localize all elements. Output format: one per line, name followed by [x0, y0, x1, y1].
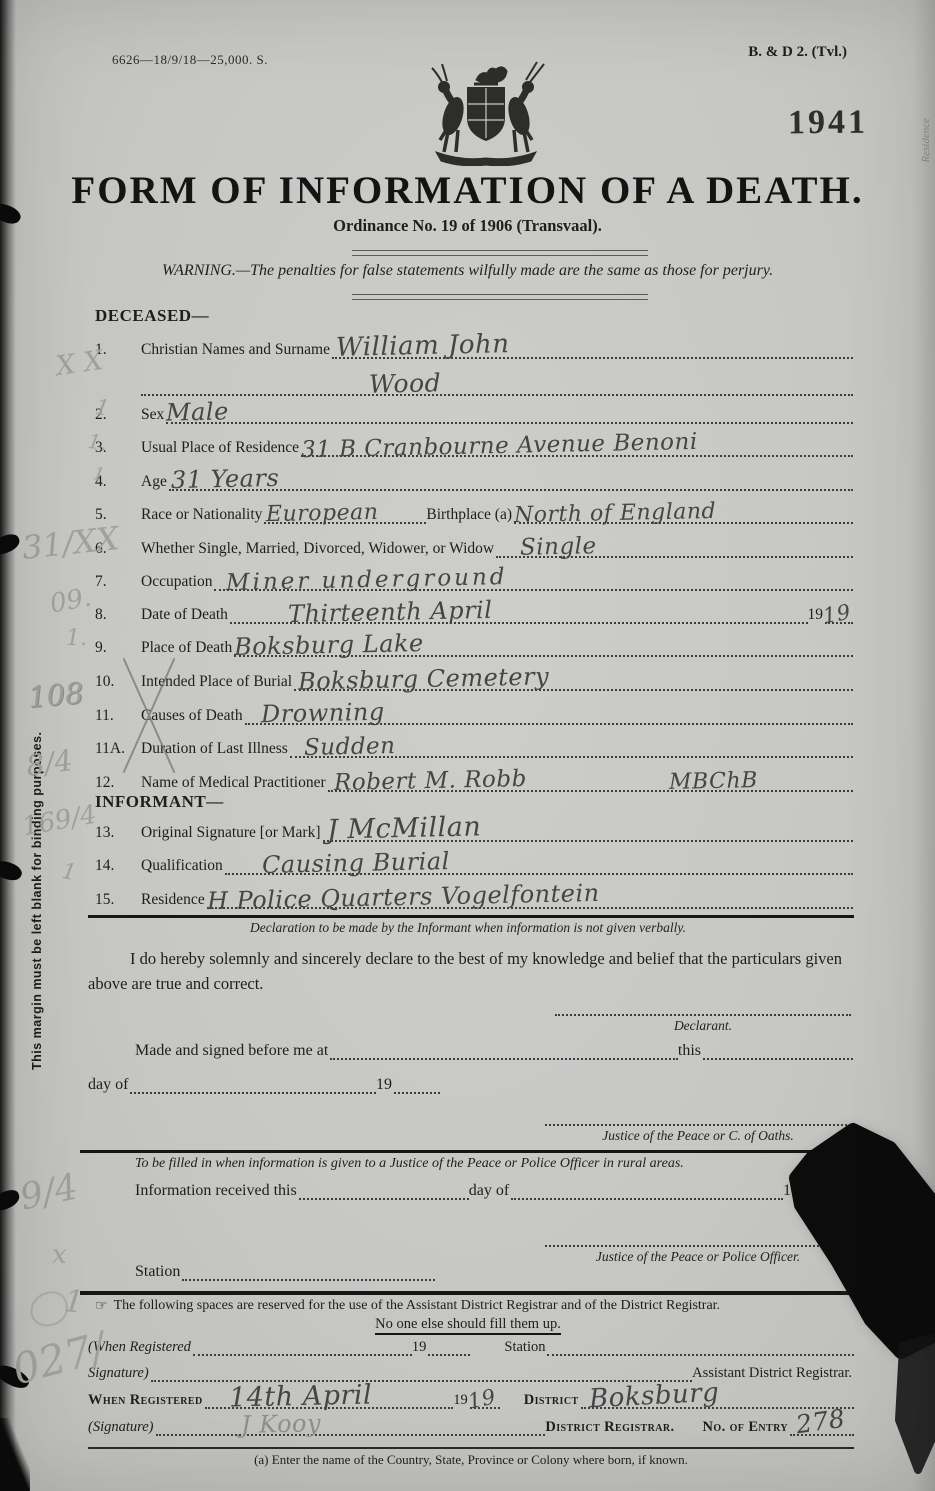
form-row-marital-status: 6. Whether Single, Married, Divorced, Wi…: [95, 532, 853, 558]
dotted-station-line[interactable]: [182, 1253, 435, 1281]
handwritten-practitioner: Robert M. Robb: [333, 766, 526, 796]
pencil-note: 108: [27, 676, 85, 715]
row-label: Name of Medical Practitioner: [141, 774, 328, 792]
row-number: 8.: [95, 606, 141, 624]
row-label: Sex: [141, 406, 166, 424]
section-rule: [88, 915, 854, 918]
dotted-year-line[interactable]: [801, 1172, 835, 1200]
jp-oaths-label: Justice of the Peace or C. of Oaths.: [545, 1128, 851, 1144]
pointing-hand-icon: ☞: [95, 1298, 108, 1314]
pencil-note: 8/4: [24, 743, 75, 783]
jp-officer-signature-line: [545, 1221, 851, 1247]
declaration-note: Declaration to be made by the Informant …: [88, 920, 848, 936]
jp-signature-line: [545, 1100, 851, 1126]
handwritten-birthplace: North of England: [514, 499, 717, 528]
form-row-residence: 3. Usual Place of Residence 31 B Cranbou…: [95, 431, 853, 457]
row-label-birthplace: Birthplace (a): [426, 506, 514, 524]
pencil-note: 1.: [66, 626, 87, 651]
footnote-a: (a) Enter the name of the Country, State…: [88, 1452, 854, 1468]
dotted-entry-line[interactable]: Drowning: [245, 697, 853, 725]
form-row-surname-continued: Wood: [95, 370, 853, 396]
made-signed-label: Made and signed before me at: [135, 1042, 330, 1060]
pencil-note: 9/4: [16, 1166, 81, 1218]
jp-officer-label: Justice of the Peace or Police Officer.: [545, 1249, 851, 1265]
registration-number-stamp: 1941: [788, 104, 868, 143]
dotted-place-line[interactable]: [330, 1032, 678, 1060]
reserved-note-text: The following spaces are reserved for th…: [114, 1298, 721, 1314]
row-label: Qualification: [141, 857, 225, 875]
row-label: Occupation: [141, 573, 214, 591]
rural-note: To be filled in when information is give…: [135, 1156, 684, 1172]
declarant-signature-line: [555, 990, 851, 1016]
dotted-entry-line[interactable]: 31 B Cranbourne Avenue Benoni: [301, 429, 853, 457]
row-label: Original Signature [or Mark]: [141, 824, 323, 842]
pencil-note: 31/XX: [20, 519, 121, 567]
row-label: Whether Single, Married, Divorced, Widow…: [141, 540, 496, 558]
handwritten-place-of-burial: Boksburg Cemetery: [298, 662, 550, 695]
death-form-document: Residence 6626—18/9/18—25,000. S. B. & D…: [0, 0, 935, 1491]
dotted-entry-line[interactable]: Sudden: [290, 730, 853, 758]
form-row-place-of-death: 9. Place of Death Boksburg Lake: [95, 631, 853, 657]
row-number: 14.: [95, 857, 141, 875]
section-rule: [80, 1150, 855, 1153]
form-title: FORM OF INFORMATION OF A DEATH.: [0, 168, 935, 213]
handwritten-entry-number: 278: [794, 1404, 847, 1440]
row-number: 12.: [95, 774, 141, 792]
dotted-entry-line[interactable]: William John: [332, 331, 853, 359]
form-row-nationality: 5. Race or Nationality European Birthpla…: [95, 498, 853, 524]
dotted-entry-line[interactable]: H Police Quarters Vogelfontein: [207, 881, 853, 909]
handwritten-district: Boksburg: [588, 1378, 720, 1415]
dotted-entry-line[interactable]: J McMillan: [323, 814, 854, 842]
row-number: 15.: [95, 891, 141, 909]
handwritten-surname: Wood: [369, 368, 442, 399]
when-registered-blank-line: (When Registered 19 Station: [88, 1330, 854, 1356]
form-row-signature-mark: 13. Original Signature [or Mark] J McMil…: [95, 816, 853, 842]
page-corner-shadow: [0, 1418, 30, 1491]
dotted-entry-line[interactable]: Single: [496, 530, 853, 558]
row-number: 7.: [95, 573, 141, 591]
this-label: this: [678, 1042, 703, 1060]
section-rule: [80, 1291, 855, 1295]
handwritten-date-of-death: Thirteenth April: [287, 596, 492, 628]
binding-margin-text: This margin must be left blank for bindi…: [30, 660, 44, 1070]
pencil-cross-mark: [120, 658, 180, 773]
no-of-entry-label: No. of Entry: [703, 1419, 790, 1436]
district-label: District: [524, 1392, 581, 1409]
handwritten-registrar-signature: J Kooy: [241, 1409, 322, 1439]
coat-of-arms-icon: [420, 60, 552, 171]
pencil-note: 1.: [86, 429, 108, 455]
handwritten-duration: Sudden: [304, 733, 396, 761]
deceased-heading: DECEASED—: [95, 306, 209, 326]
dotted-entry-line[interactable]: Miner underground: [214, 563, 853, 591]
dotted-date-line[interactable]: 14th April: [205, 1381, 454, 1409]
dotted-signature-line[interactable]: J Kooy: [156, 1408, 546, 1436]
dotted-district-line[interactable]: Boksburg: [581, 1381, 854, 1409]
dotted-signature-line[interactable]: [555, 988, 851, 1016]
handwritten-sex: Male: [166, 397, 229, 426]
form-series-code: B. & D 2. (Tvl.): [748, 44, 847, 61]
station-line: Station: [135, 1255, 435, 1281]
row-label: Age: [141, 473, 169, 491]
dotted-station-line[interactable]: [547, 1328, 854, 1356]
year-prefix: 19: [376, 1076, 394, 1094]
form-row-sex: 2. Sex Male: [95, 398, 853, 424]
handwritten-christian-names: William John: [336, 329, 510, 363]
when-registered-filled-line: When Registered 14th April 19 19 Distric…: [88, 1383, 854, 1409]
dotted-signature-line[interactable]: [151, 1354, 692, 1382]
dotted-entry-line[interactable]: Robert M. Robb MBChB: [328, 764, 853, 792]
form-row-medical-practitioner: 12. Name of Medical Practitioner Robert …: [95, 766, 853, 792]
dotted-entry-line[interactable]: Wood: [141, 368, 853, 396]
signature-adr-line: Signature) Assistant District Registrar.: [88, 1356, 854, 1382]
dotted-entry-line[interactable]: North of England: [514, 496, 853, 524]
pencil-note: 09.: [48, 583, 94, 620]
informant-heading: INFORMANT—: [95, 792, 224, 812]
bleedthrough-text: Residence: [920, 118, 932, 163]
handwritten-year: 19: [821, 600, 852, 628]
dotted-line[interactable]: [193, 1328, 412, 1356]
dotted-year-line[interactable]: [394, 1066, 440, 1094]
dotted-entry-line[interactable]: Boksburg Lake: [234, 629, 853, 657]
footnote-rule: [88, 1447, 854, 1449]
dotted-year-line[interactable]: [428, 1328, 470, 1356]
dotted-signature-line[interactable]: [545, 1098, 851, 1126]
form-row-informant-residence: 15. Residence H Police Quarters Vogelfon…: [95, 883, 853, 909]
dotted-entry-line[interactable]: Boksburg Cemetery: [294, 663, 853, 691]
reserved-note-line: ☞ The following spaces are reserved for …: [95, 1298, 855, 1314]
dotted-month-line[interactable]: [511, 1172, 783, 1200]
form-row-age: 4. Age 31 Years: [95, 465, 853, 491]
dotted-signature-line[interactable]: [545, 1219, 851, 1247]
handwritten-residence: 31 B Cranbourne Avenue Benoni: [301, 429, 698, 463]
dotted-day-line[interactable]: [299, 1172, 469, 1200]
row-label: Residence: [141, 891, 207, 909]
handwritten-informant-residence: H Police Quarters Vogelfontein: [206, 879, 599, 915]
station-label: Station: [135, 1263, 182, 1281]
form-print-code: 6626—18/9/18—25,000. S.: [112, 52, 268, 68]
form-row-date-of-death: 8. Date of Death Thirteenth April 19 19: [95, 598, 853, 624]
handwritten-qualification-letters: MBChB: [669, 768, 758, 795]
when-registered-label: When Registered: [88, 1392, 205, 1409]
dotted-date-line[interactable]: [703, 1032, 853, 1060]
dotted-entry-line[interactable]: Thirteenth April: [230, 596, 808, 624]
row-label: Race or Nationality: [141, 506, 264, 524]
ordinance-subtitle: Ordinance No. 19 of 1906 (Transvaal).: [0, 216, 935, 236]
handwritten-informant-signature: J McMillan: [326, 811, 481, 845]
day-of-line: day of 19: [88, 1068, 440, 1094]
day-of-label: day of: [88, 1076, 130, 1094]
divider-rule: [352, 250, 648, 256]
form-row-christian-names: 1. Christian Names and Surname William J…: [95, 333, 853, 359]
dotted-entry-number-line[interactable]: 278: [790, 1408, 854, 1436]
pencil-note: 1: [60, 859, 78, 886]
dotted-year-line[interactable]: 19: [825, 596, 853, 624]
row-label: Place of Death: [141, 639, 234, 657]
form-row-causes-of-death: 11. Causes of Death Drowning: [95, 699, 853, 725]
form-row-place-of-burial: 10. Intended Place of Burial Boksburg Ce…: [95, 665, 853, 691]
handwritten-qualification: Causing Burial: [262, 847, 450, 879]
handwritten-age: 31 Years: [171, 464, 280, 494]
dotted-entry-line[interactable]: European: [264, 496, 426, 524]
form-row-duration-illness: 11A. Duration of Last Illness Sudden: [95, 732, 853, 758]
district-registrar-line: (Signature) J Kooy District Registrar. N…: [88, 1410, 854, 1436]
year-prefix: 19: [783, 1182, 801, 1200]
row-number: 9.: [95, 639, 141, 657]
handwritten-occupation: Miner underground: [226, 564, 508, 596]
handwritten-nationality: European: [266, 500, 379, 527]
dotted-month-line[interactable]: [130, 1066, 376, 1094]
district-registrar-label: District Registrar.: [545, 1419, 676, 1436]
pencil-note: x: [52, 1240, 67, 1270]
pencil-note: X X: [54, 345, 105, 382]
form-row-occupation: 7. Occupation Miner underground: [95, 565, 853, 591]
received-label: Information received this: [135, 1182, 299, 1200]
row-label: Date of Death: [141, 606, 230, 624]
divider-rule: [352, 294, 648, 300]
made-signed-line: Made and signed before me at this: [135, 1034, 853, 1060]
warning-text: WARNING.—The penalties for false stateme…: [0, 262, 935, 280]
handwritten-cause-of-death: Drowning: [260, 698, 384, 729]
row-label: Christian Names and Surname: [141, 341, 332, 359]
dotted-entry-line[interactable]: Causing Burial: [225, 847, 853, 875]
information-received-line: Information received this day of 19: [135, 1174, 835, 1200]
handwritten-marital-status: Single: [520, 533, 597, 561]
form-row-qualification: 14. Qualification Causing Burial: [95, 849, 853, 875]
handwritten-place-of-death: Boksburg Lake: [234, 629, 424, 661]
dotted-entry-line[interactable]: 31 Years: [169, 463, 853, 491]
row-label: Usual Place of Residence: [141, 439, 301, 457]
dotted-year-line[interactable]: 19: [470, 1381, 500, 1409]
row-number: 13.: [95, 824, 141, 842]
signature2-paren: (Signature): [88, 1419, 156, 1436]
day-of-label: day of: [469, 1182, 511, 1200]
dotted-entry-line[interactable]: Male: [166, 396, 853, 424]
